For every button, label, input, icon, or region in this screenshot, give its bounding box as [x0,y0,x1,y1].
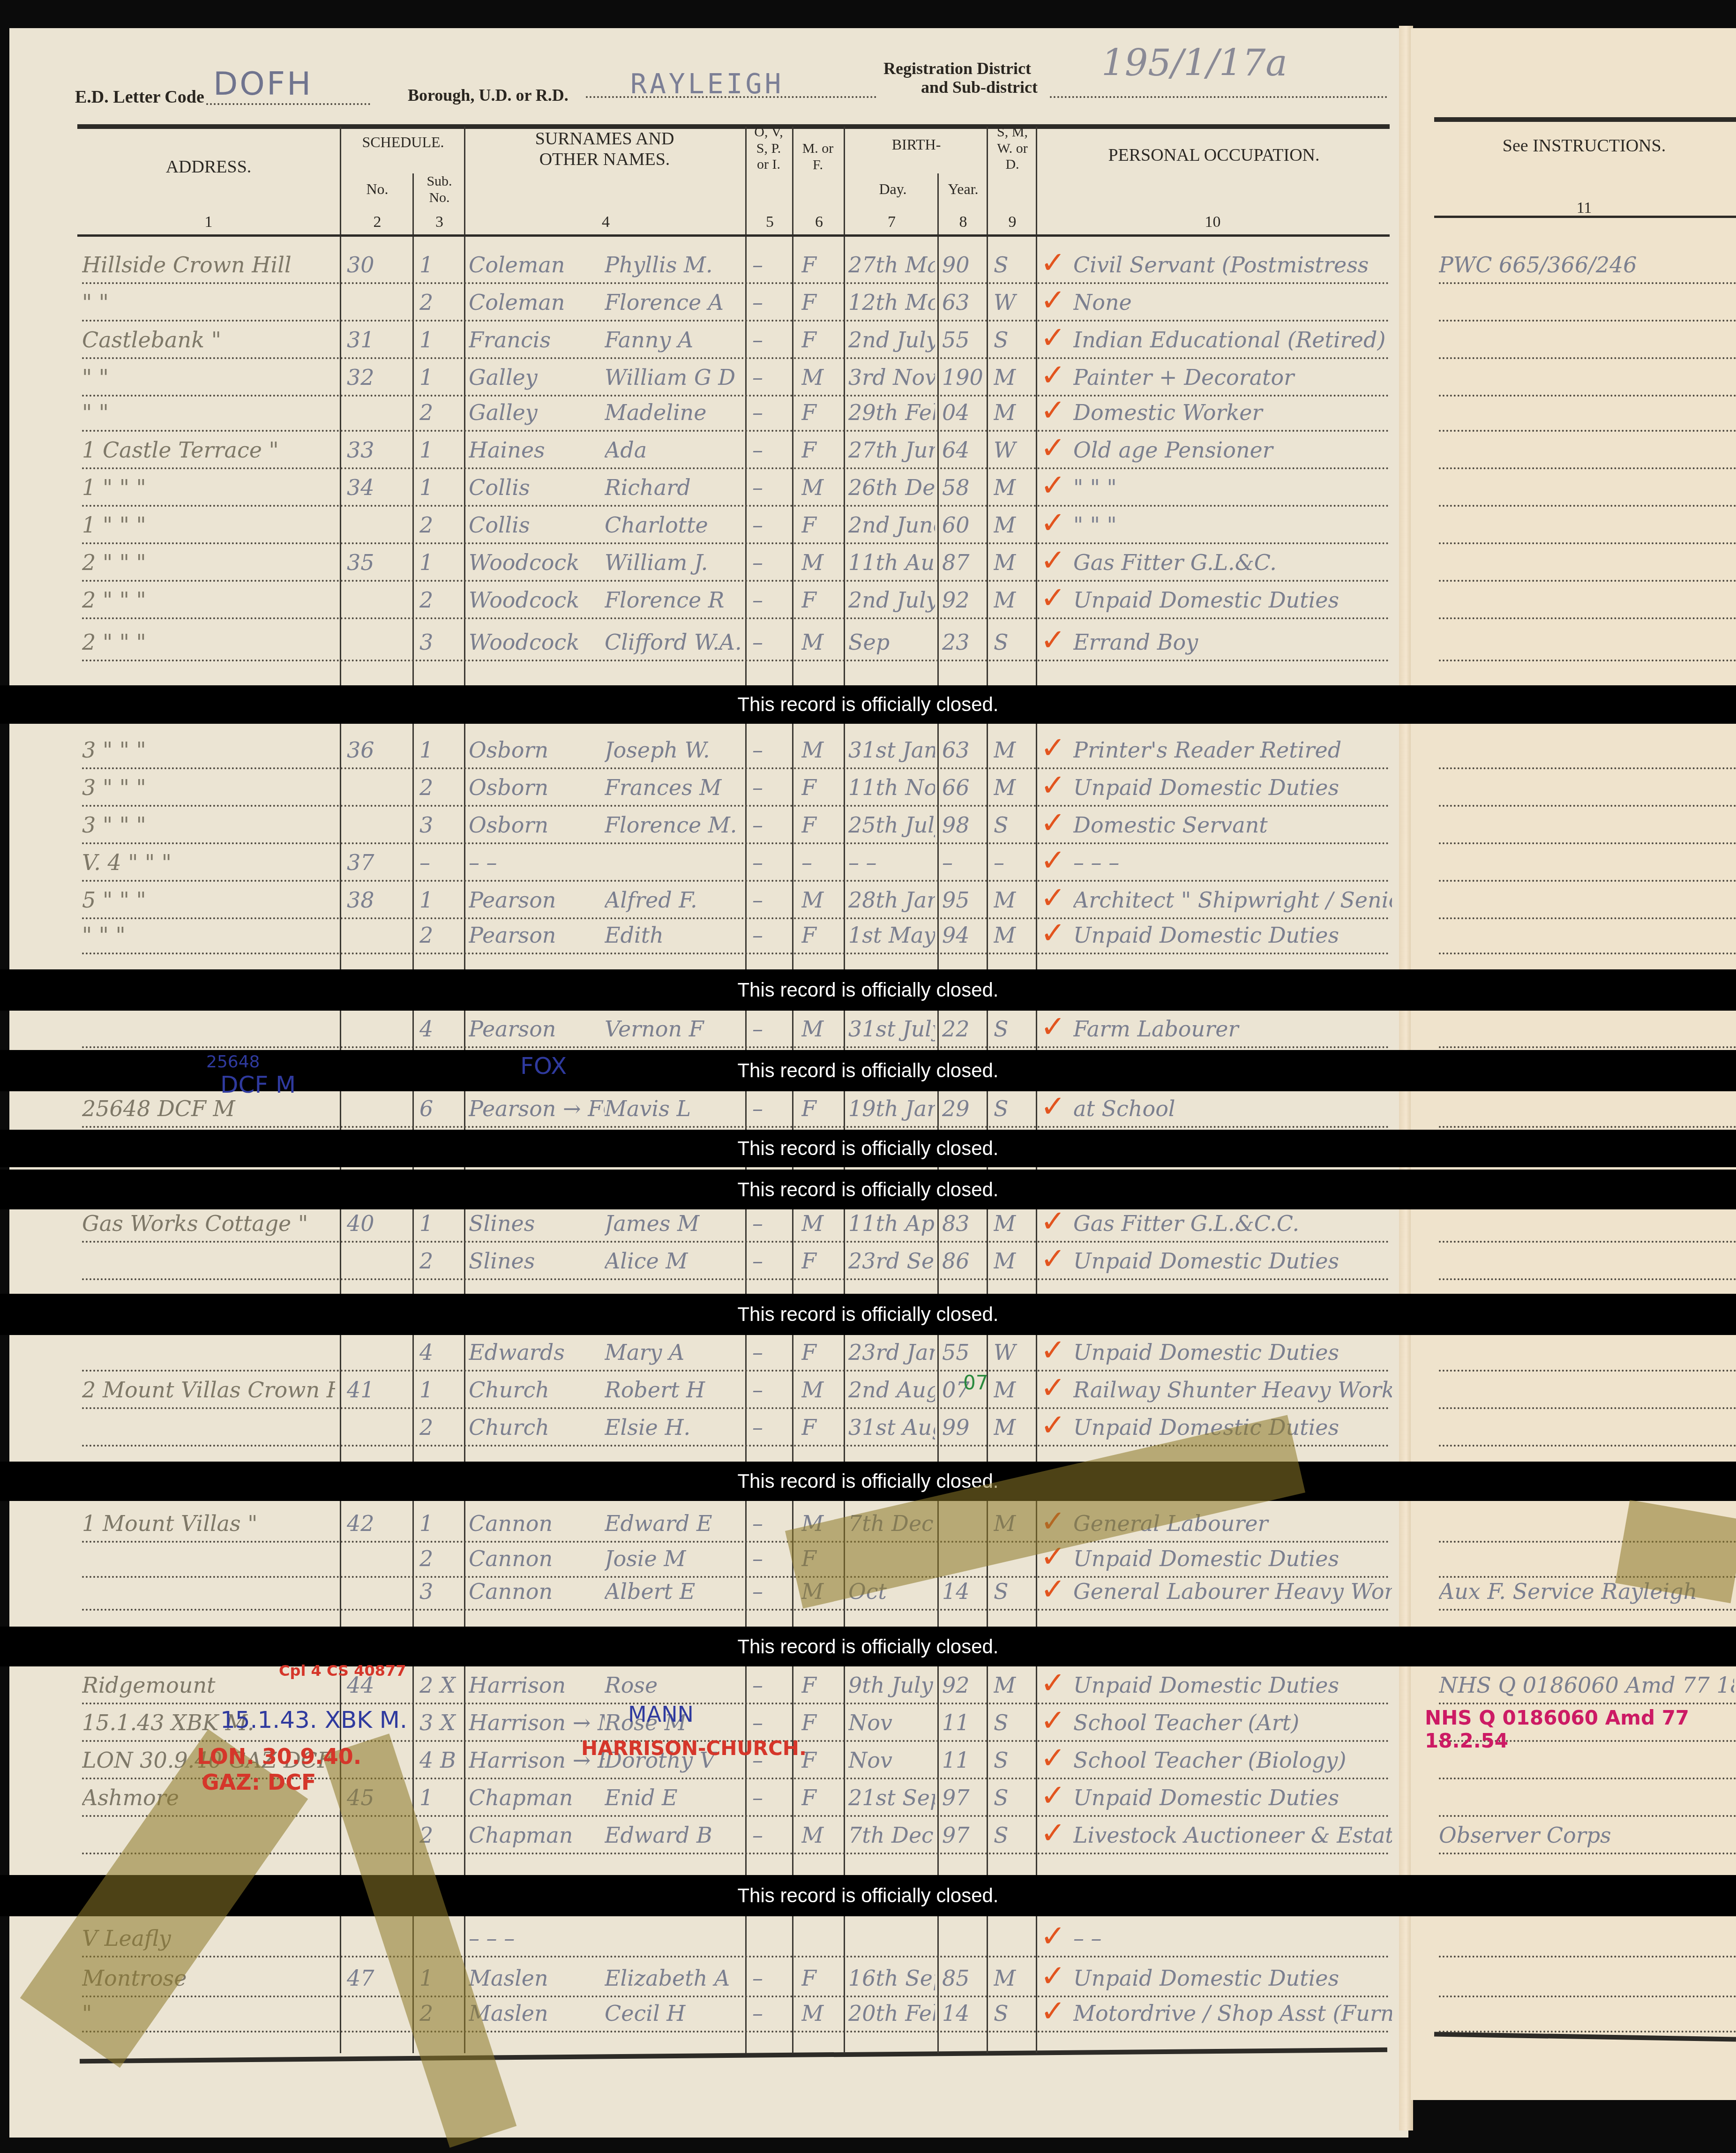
row-dotline-right [1439,357,1736,359]
ed-letter-code-value: DOFH [213,66,313,103]
cell-year: 85 [942,1965,984,1991]
cell-ovspi: – [752,1340,790,1365]
cell-sub: 2 [419,923,462,948]
cell-smwd: M [994,887,1033,913]
col-num-9: 9 [989,213,1036,231]
cell-day: – – [848,850,935,875]
col-num-11: 11 [1434,199,1734,217]
cell-given: Robert H [605,1377,741,1403]
cell-mf: F [801,1340,839,1365]
registration-dotline [1050,96,1387,98]
cell-day: 26th Dec [848,475,935,500]
cell-mf: F [801,1965,839,1991]
cell-surname: Osborn [469,812,605,838]
header-rule-top [77,124,1390,129]
row-dotline [82,542,1390,544]
cell-given: Richard [605,475,741,500]
census-row: Ridgemount442 XHarrisonRose–F9th July92M… [0,1669,1736,1706]
cell-note: Observer Corps [1439,1823,1734,1848]
cell-mf: M [801,1016,839,1042]
cell-given: Josie M [605,1546,741,1571]
cell-day: Sep [848,630,935,655]
cell-ovspi: – [752,1546,790,1571]
cell-day: 28th Jan [848,887,935,913]
cell-day: 2nd July [848,587,935,613]
cell-mf: M [801,1823,839,1848]
cell-smwd: W [994,290,1033,315]
cell-mf: F [801,252,839,278]
checkmark-icon: ✓ [1040,283,1066,318]
row-dotline-right [1439,1241,1736,1243]
cell-surname: Slines [469,1248,605,1274]
cell-mf: – [801,850,839,875]
row-dotline [82,505,1390,507]
row-dotline-right [1439,805,1736,807]
cell-day: Nov [848,1748,935,1773]
cell-occupation: – – [1073,1926,1392,1951]
cell-given: Ada [605,437,741,463]
cell-sub: 1 [419,437,462,463]
col-head-instructions: See INSTRUCTIONS. [1434,136,1734,157]
cell-ovspi: – [752,1965,790,1991]
cell-address: " " [82,365,335,390]
col-num-6: 6 [794,213,844,231]
cell-day: 23rd Sep [848,1248,935,1274]
redaction-bar: This record is officially closed. [0,1170,1736,1209]
col-head-birth: BIRTH- [848,136,984,153]
cell-sub: – [419,850,462,875]
cell-day: 11th Apr [848,1211,935,1236]
cell-day: Nov [848,1710,935,1735]
checkmark-icon: ✓ [1040,1572,1066,1607]
cell-sub: 2 [419,1415,462,1440]
cell-mf: F [801,400,839,425]
row-dotline-right [1439,660,1736,661]
cell-day: 12th Mch [848,290,935,315]
checkmark-icon: ✓ [1040,1371,1066,1405]
cell-smwd: S [994,252,1033,278]
cell-occupation: Old age Pensioner [1073,437,1392,463]
row-dotline-right [1439,1370,1736,1372]
redaction-bar: This record is officially closed. [0,1130,1736,1167]
cell-ovspi: – [752,1673,790,1698]
checkmark-icon: ✓ [1040,431,1066,465]
census-row: 1 " " "341CollisRichard–M26th Dec58M" " … [0,471,1736,509]
ed-letter-code-label: E.D. Letter Code [75,87,204,107]
cell-ovspi: – [752,365,790,390]
cell-smwd: S [994,1710,1033,1735]
cell-mf: M [801,1211,839,1236]
checkmark-icon: ✓ [1040,1703,1066,1738]
cell-sub: 2 [419,1823,462,1848]
cell-surname: Woodcock [469,630,605,655]
cell-ovspi: – [752,327,790,353]
cell-ovspi: – [752,887,790,913]
cell-ovspi: – [752,252,790,278]
cell-day: 2nd July [848,327,935,353]
row-dotline [82,320,1390,322]
cell-given: Albert E [605,1579,741,1604]
cell-year: 92 [942,1673,984,1698]
cell-sub: 6 [419,1096,462,1121]
cell-occupation: Unpaid Domestic Duties [1073,1340,1392,1365]
cell-surname: Haines [469,437,605,463]
cell-ovspi: – [752,850,790,875]
cell-ovspi: – [752,2001,790,2026]
census-row: 2 " " "3WoodcockClifford W.A.–MSep23SErr… [0,626,1736,663]
cell-address: 3 " " " [82,737,335,763]
cell-ovspi: – [752,630,790,655]
borough-value: RAYLEIGH [630,68,784,100]
cell-sched: 34 [347,475,408,500]
row-dotline-right [1439,542,1736,544]
gaz-annotation: GAZ: DCF [202,1770,316,1795]
cell-sub: 2 [419,1248,462,1274]
cell-mf: F [801,1415,839,1440]
header-rule-bottom-right [1434,216,1736,218]
cell-ovspi: – [752,923,790,948]
cell-smwd: S [994,1823,1033,1848]
cell-mf: F [801,1248,839,1274]
borough-label: Borough, U.D. or R.D. [408,85,569,105]
header-rule-bottom [77,234,1390,237]
cell-sub: 2 [419,512,462,538]
col-head-birth-year: Year. [940,180,987,198]
cell-ovspi: – [752,1785,790,1810]
col-head-ovspi: O, V, S, P. or I. [750,124,787,173]
census-row: Castlebank "311FrancisFanny A–F2nd July5… [0,323,1736,361]
cell-sub: 1 [419,365,462,390]
col-num-1: 1 [77,213,340,231]
cell-sub: 1 [419,887,462,913]
checkmark-icon: ✓ [1040,768,1066,803]
checkmark-icon: ✓ [1040,1919,1066,1954]
cell-day: 3rd Nov [848,365,935,390]
row-dotline-right [1439,505,1736,507]
cell-year: 55 [942,327,984,353]
census-row: V. 4 " " "37–– –––– –––– – –✓ [0,846,1736,884]
cell-surname: Cannon [469,1546,605,1571]
cell-occupation: None [1073,290,1392,315]
cell-occupation: Motordrive / Shop Asst (Furniture) [1073,2001,1392,2026]
cell-given: Joseph W. [605,737,741,763]
cell-occupation: School Teacher (Art) [1073,1710,1392,1735]
cell-surname: – – – [469,1926,605,1951]
cell-day: 2nd June [848,512,935,538]
cell-given: James M [605,1211,741,1236]
cell-sub: 1 [419,475,462,500]
cell-address: " " " [82,923,335,948]
row-dotline [82,1370,1390,1372]
cell-smwd: M [994,1211,1033,1236]
row-dotline-right [1439,767,1736,769]
cell-address: Hillside Crown Hill [82,252,335,278]
census-row: " " "2PearsonEdith–F1st May94MUnpaid Dom… [0,919,1736,956]
cell-sub: 3 [419,630,462,655]
cell-note: PWC 665/366/246 [1439,252,1734,278]
cell-smwd: M [994,400,1033,425]
row-dotline [82,842,1390,844]
cell-year: 22 [942,1016,984,1042]
col-num-3: 3 [415,213,464,231]
harrison-church-annotation: HARRISON-CHURCH. [581,1737,807,1760]
row-dotline [82,617,1390,619]
census-row: " "321GalleyWilliam G D–M3rd Nov1900MPai… [0,361,1736,398]
cell-year: 14 [942,1579,984,1604]
cell-given: William J. [605,550,741,575]
cell-ovspi: – [752,1415,790,1440]
row-dotline-right [1439,430,1736,432]
census-row: V Leafly– – –– –✓ [0,1922,1736,1959]
cell-given: Mavis L [605,1096,741,1121]
cell-smwd: M [994,737,1033,763]
col-num-5: 5 [748,213,792,231]
cell-smwd: W [994,1340,1033,1365]
row-dotline-right [1439,842,1736,844]
cell-given: Florence R [605,587,741,613]
col-head-schedule-no: No. [342,180,412,198]
col-num-10: 10 [1038,213,1387,231]
cell-sched: 32 [347,365,408,390]
cell-occupation: " " " [1073,475,1392,500]
row-dotline [82,1407,1390,1409]
cell-ovspi: – [752,550,790,575]
cell-day: 20th Feb [848,2001,935,2026]
cell-ovspi: – [752,1096,790,1121]
cell-smwd: M [994,1673,1033,1698]
cell-address: " " [82,400,335,425]
cell-surname: Maslen [469,2001,605,2026]
cell-surname: Osborn [469,737,605,763]
registration-value: 195/1/17a [1101,42,1287,84]
row-dotline-right [1439,1815,1736,1817]
cell-address: 3 " " " [82,775,335,800]
cell-surname: Maslen [469,1965,605,1991]
cell-occupation: Errand Boy [1073,630,1392,655]
cell-year: 04 [942,400,984,425]
row-dotline-right [1439,953,1736,954]
cell-surname: Woodcock [469,587,605,613]
row-dotline-right [1439,467,1736,469]
cell-ovspi: – [752,1211,790,1236]
cell-given: Alfred F. [605,887,741,913]
cell-address: 2 Mount Villas Crown Hill [82,1377,335,1403]
cell-given: Alice M [605,1248,741,1274]
cell-given: Florence M. [605,812,741,838]
cell-smwd: M [994,1415,1033,1440]
row-dotline [82,357,1390,359]
cell-ovspi: – [752,437,790,463]
cell-mf: M [801,2001,839,2026]
cell-day: 16th Sep [848,1965,935,1991]
cell-address: 25648 DCF M [82,1096,335,1121]
row-dotline-right [1439,1956,1736,1958]
row-dotline [82,1853,1390,1854]
cell-given: Elizabeth A [605,1965,741,1991]
cell-ovspi: – [752,475,790,500]
header-rule-top-right [1434,117,1736,122]
census-row: " "2GalleyMadeline–F29th Feb04MDomestic … [0,396,1736,434]
row-dotline [82,1956,1390,1958]
cell-ovspi: – [752,290,790,315]
ed-code-dotline [206,103,370,105]
cell-sub: 2 [419,400,462,425]
cell-sub: 4 [419,1340,462,1365]
cell-year: 14 [942,2001,984,2026]
cell-year: 92 [942,587,984,613]
checkmark-icon: ✓ [1040,1666,1066,1701]
checkmark-icon: ✓ [1040,1408,1066,1443]
cell-surname: Coleman [469,290,605,315]
cell-sched: 30 [347,252,408,278]
cell-year: 90 [942,252,984,278]
row-dotline [82,1046,1390,1048]
row-dotline-right [1439,617,1736,619]
row-dotline [82,1278,1390,1280]
cell-surname: Cannon [469,1511,605,1536]
nhs-annotation: NHS Q 0186060 Amd 77 18.2.54 [1425,1706,1736,1752]
row-dotline-right [1439,1445,1736,1447]
cell-surname: Pearson [469,1016,605,1042]
cell-occupation: Unpaid Domestic Duties [1073,1546,1392,1571]
cell-address: 2 " " " [82,587,335,613]
row-dotline [82,467,1390,469]
cell-smwd: S [994,2001,1033,2026]
cell-given: William G D [605,365,741,390]
xbk-annotation: 15.1.43. XBK M. [220,1706,407,1733]
cell-sched: 37 [347,850,408,875]
checkmark-icon: ✓ [1040,1010,1066,1044]
cell-surname: Chapman [469,1785,605,1810]
cell-surname: Collis [469,512,605,538]
row-dotline-right [1439,2031,1736,2033]
cell-sub: 1 [419,1785,462,1810]
cell-day: 7th Dec [848,1823,935,1848]
col-num-7: 7 [846,213,937,231]
cell-day: 27th May [848,252,935,278]
cell-mf: M [801,630,839,655]
cell-ovspi: – [752,775,790,800]
cell-surname: Edwards [469,1340,605,1365]
cell-year: 11 [942,1748,984,1773]
checkmark-icon: ✓ [1040,881,1066,915]
row-dotline-right [1439,1609,1736,1611]
row-dotline-right [1439,1278,1736,1280]
cell-day: 23rd Jan [848,1340,935,1365]
cell-sub: 1 [419,1511,462,1536]
cell-ovspi: – [752,812,790,838]
cell-year: 63 [942,290,984,315]
cell-day: 19th Jan [848,1096,935,1121]
cell-surname: Cannon [469,1579,605,1604]
row-dotline [82,580,1390,582]
lon-annotation: LON. 30.9.40. [197,1744,361,1769]
checkmark-icon: ✓ [1040,806,1066,840]
cell-year: 83 [942,1211,984,1236]
cell-given: Elsie H. [605,1415,741,1440]
cell-day: 9th July [848,1673,935,1698]
cell-given: Mary A [605,1340,741,1365]
cell-address: 1 Castle Terrace " [82,437,335,463]
cell-day: 29th Feb [848,400,935,425]
cell-surname: Harrison → MANN [469,1710,605,1735]
cell-year: 58 [942,475,984,500]
cell-address: Gas Works Cottage " [82,1211,335,1236]
dcf-annotation: DCF M [220,1071,296,1098]
census-row: "2MaslenCecil H–M20th Feb14SMotordrive /… [0,1997,1736,2034]
census-row: " "2ColemanFlorence A–F12th Mch63WNone✓ [0,286,1736,323]
row-dotline-right [1439,282,1736,284]
cell-year: 1900 [942,365,984,390]
cell-surname: Coleman [469,252,605,278]
cell-occupation: Unpaid Domestic Duties [1073,1785,1392,1810]
cell-smwd: M [994,365,1033,390]
cell-year: 66 [942,775,984,800]
cell-smwd: S [994,630,1033,655]
cell-mf: F [801,290,839,315]
cell-given: Edith [605,923,741,948]
cell-smwd: S [994,327,1033,353]
checkmark-icon: ✓ [1040,916,1066,951]
checkmark-icon: ✓ [1040,1741,1066,1776]
cell-smwd: M [994,923,1033,948]
cell-mf: F [801,812,839,838]
cell-mf: F [801,1096,839,1121]
cell-sub: 2 X [419,1673,462,1698]
cell-address: 1 Mount Villas " [82,1511,335,1536]
cell-occupation: – – – [1073,850,1392,875]
cell-surname: Pearson [469,887,605,913]
cell-mf: F [801,512,839,538]
cell-surname: Pearson → FOX [469,1096,605,1121]
checkmark-icon: ✓ [1040,843,1066,878]
cell-occupation: Unpaid Domestic Duties [1073,775,1392,800]
cell-mf: F [801,1785,839,1810]
checkmark-icon: ✓ [1040,506,1066,540]
row-dotline-right [1439,580,1736,582]
cell-surname: Woodcock [469,550,605,575]
cell-address: Castlebank " [82,327,335,353]
cell-mf: F [801,587,839,613]
cell-occupation: Gas Fitter G.L.&C. [1073,550,1392,575]
cell-surname: Pearson [469,923,605,948]
cell-day: 27th June [848,437,935,463]
checkmark-icon: ✓ [1040,1333,1066,1368]
cell-year: 64 [942,437,984,463]
census-row: Montrose471MaslenElizabeth A–F16th Sep85… [0,1962,1736,1999]
cell-day: 21st Sep [848,1785,935,1810]
row-dotline [82,660,1390,661]
cell-surname: – – [469,850,605,875]
census-row: 2 " " "351WoodcockWilliam J.–M11th Aug87… [0,546,1736,584]
cell-given: Madeline [605,400,741,425]
cell-year: 94 [942,923,984,948]
cell-surname: Osborn [469,775,605,800]
cell-smwd: M [994,475,1033,500]
col-head-surnames: SURNAMES AND OTHER NAMES. [506,129,703,170]
cell-smwd: S [994,1579,1033,1604]
borough-dotline [586,96,876,98]
cell-occupation: Domestic Worker [1073,400,1392,425]
census-row: 3 " " "3OsbornFlorence M.–F25th July98SD… [0,809,1736,846]
mann-annotation: MANN [628,1702,694,1727]
cell-smwd: S [994,812,1033,838]
cell-smwd: M [994,775,1033,800]
cell-smwd: M [994,550,1033,575]
cell-smwd: M [994,587,1033,613]
cell-sub: 1 [419,737,462,763]
cell-sched: 42 [347,1511,408,1536]
